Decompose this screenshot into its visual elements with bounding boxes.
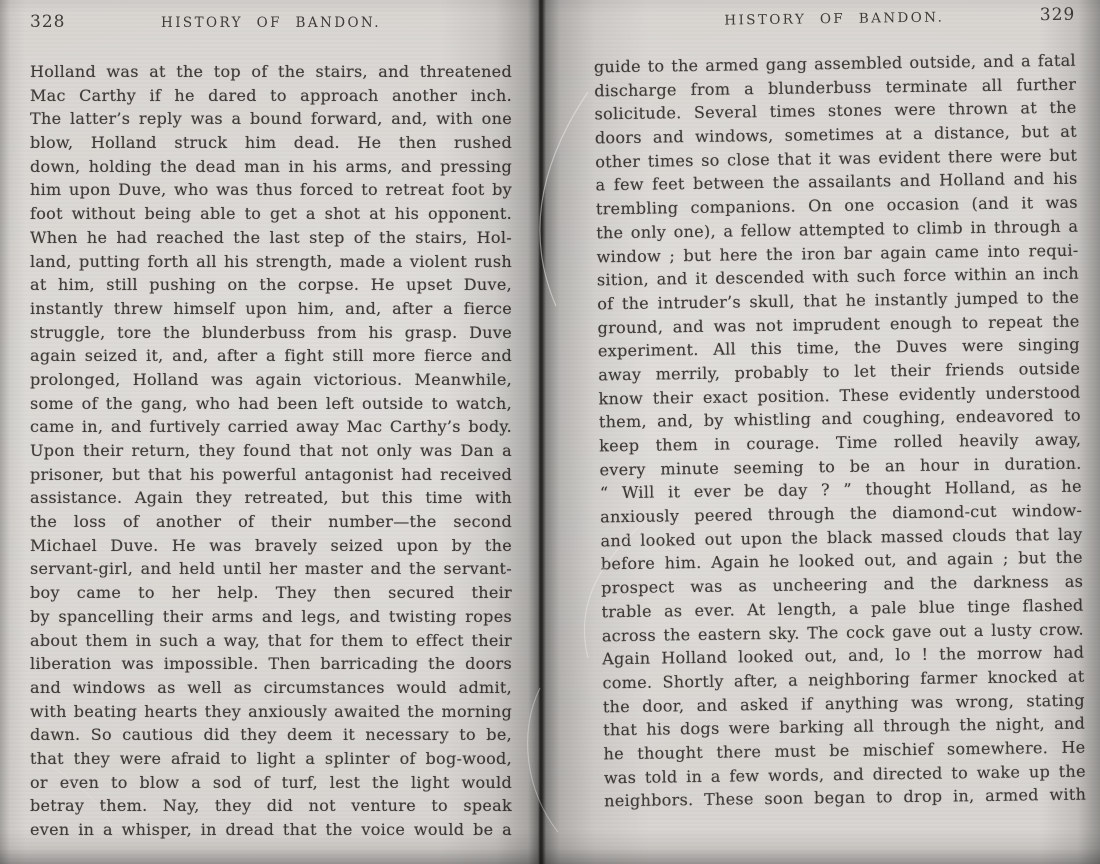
text-line: instantly threw himself upon him, and, a… <box>30 297 512 321</box>
text-line: liberation was impossible. Then barricad… <box>30 652 512 676</box>
text-line: foot without being able to get a shot at… <box>30 202 512 226</box>
left-page-number: 328 <box>30 12 100 32</box>
text-line: dawn. So cautious did they deem it neces… <box>30 723 512 747</box>
text-line: him upon Duve, who was thus forced to re… <box>30 178 512 202</box>
left-running-head: HISTORY OF BANDON. <box>100 15 442 31</box>
text-line: servant-girl, and held until her master … <box>30 557 512 581</box>
book-spread: 328 HISTORY OF BANDON. Holland was at th… <box>0 0 1100 864</box>
header-spacer <box>593 25 663 26</box>
left-page-text: Holland was at the top of the stairs, an… <box>30 60 512 842</box>
text-line: blow, Holland struck him dead. He then r… <box>30 131 512 155</box>
text-line: prisoner, but that his powerful antagoni… <box>30 463 512 487</box>
right-page-header: HISTORY OF BANDON. 329 <box>593 5 1075 32</box>
text-line: When he had reached the last step of the… <box>30 226 512 250</box>
text-line: boy came to her help. They then secured … <box>30 581 512 605</box>
text-line: some of the gang, who had been left outs… <box>30 392 512 416</box>
text-line: Mac Carthy if he dared to approach anoth… <box>30 84 512 108</box>
page-right: HISTORY OF BANDON. 329 guide to the arme… <box>0 0 1100 8</box>
text-line: struggle, tore the blunderbuss from his … <box>30 321 512 345</box>
text-line: prolonged, Holland was again victorious.… <box>30 368 512 392</box>
text-line: with beating hearts they anxiously await… <box>30 700 512 724</box>
text-line: The latter’s reply was a bound forward, … <box>30 107 512 131</box>
right-page-number: 329 <box>1005 5 1075 26</box>
text-line: or even to blow a sod of turf, lest the … <box>30 771 512 795</box>
right-running-head: HISTORY OF BANDON. <box>663 9 1005 30</box>
text-line: Holland was at the top of the stairs, an… <box>30 60 512 84</box>
text-line: land, putting forth all his strength, ma… <box>30 250 512 274</box>
text-line: by spancelling their arms and legs, and … <box>30 605 512 629</box>
text-line: again seized it, and, after a fight stil… <box>30 344 512 368</box>
text-line: betray them. Nay, they did not venture t… <box>30 794 512 818</box>
text-line: came in, and furtively carried away Mac … <box>30 415 512 439</box>
text-line: and windows as well as circumstances wou… <box>30 676 512 700</box>
text-line: about them in such a way, that for them … <box>30 629 512 653</box>
text-line: Michael Duve. He was bravely seized upon… <box>30 534 512 558</box>
text-line: the loss of another of their number—the … <box>30 510 512 534</box>
text-line: at him, still pushing on the corpse. He … <box>30 273 512 297</box>
text-line: down, holding the dead man in his arms, … <box>30 155 512 179</box>
text-line: even in a whisper, in dread that the voi… <box>30 818 512 842</box>
right-page-text: guide to the armed gang assembled outsid… <box>594 49 1087 814</box>
text-line: assistance. Again they retreated, but th… <box>30 486 512 510</box>
left-page-header: 328 HISTORY OF BANDON. <box>30 12 512 32</box>
text-line: Upon their return, they found that not o… <box>30 439 512 463</box>
text-line: that they were afraid to light a splinte… <box>30 747 512 771</box>
